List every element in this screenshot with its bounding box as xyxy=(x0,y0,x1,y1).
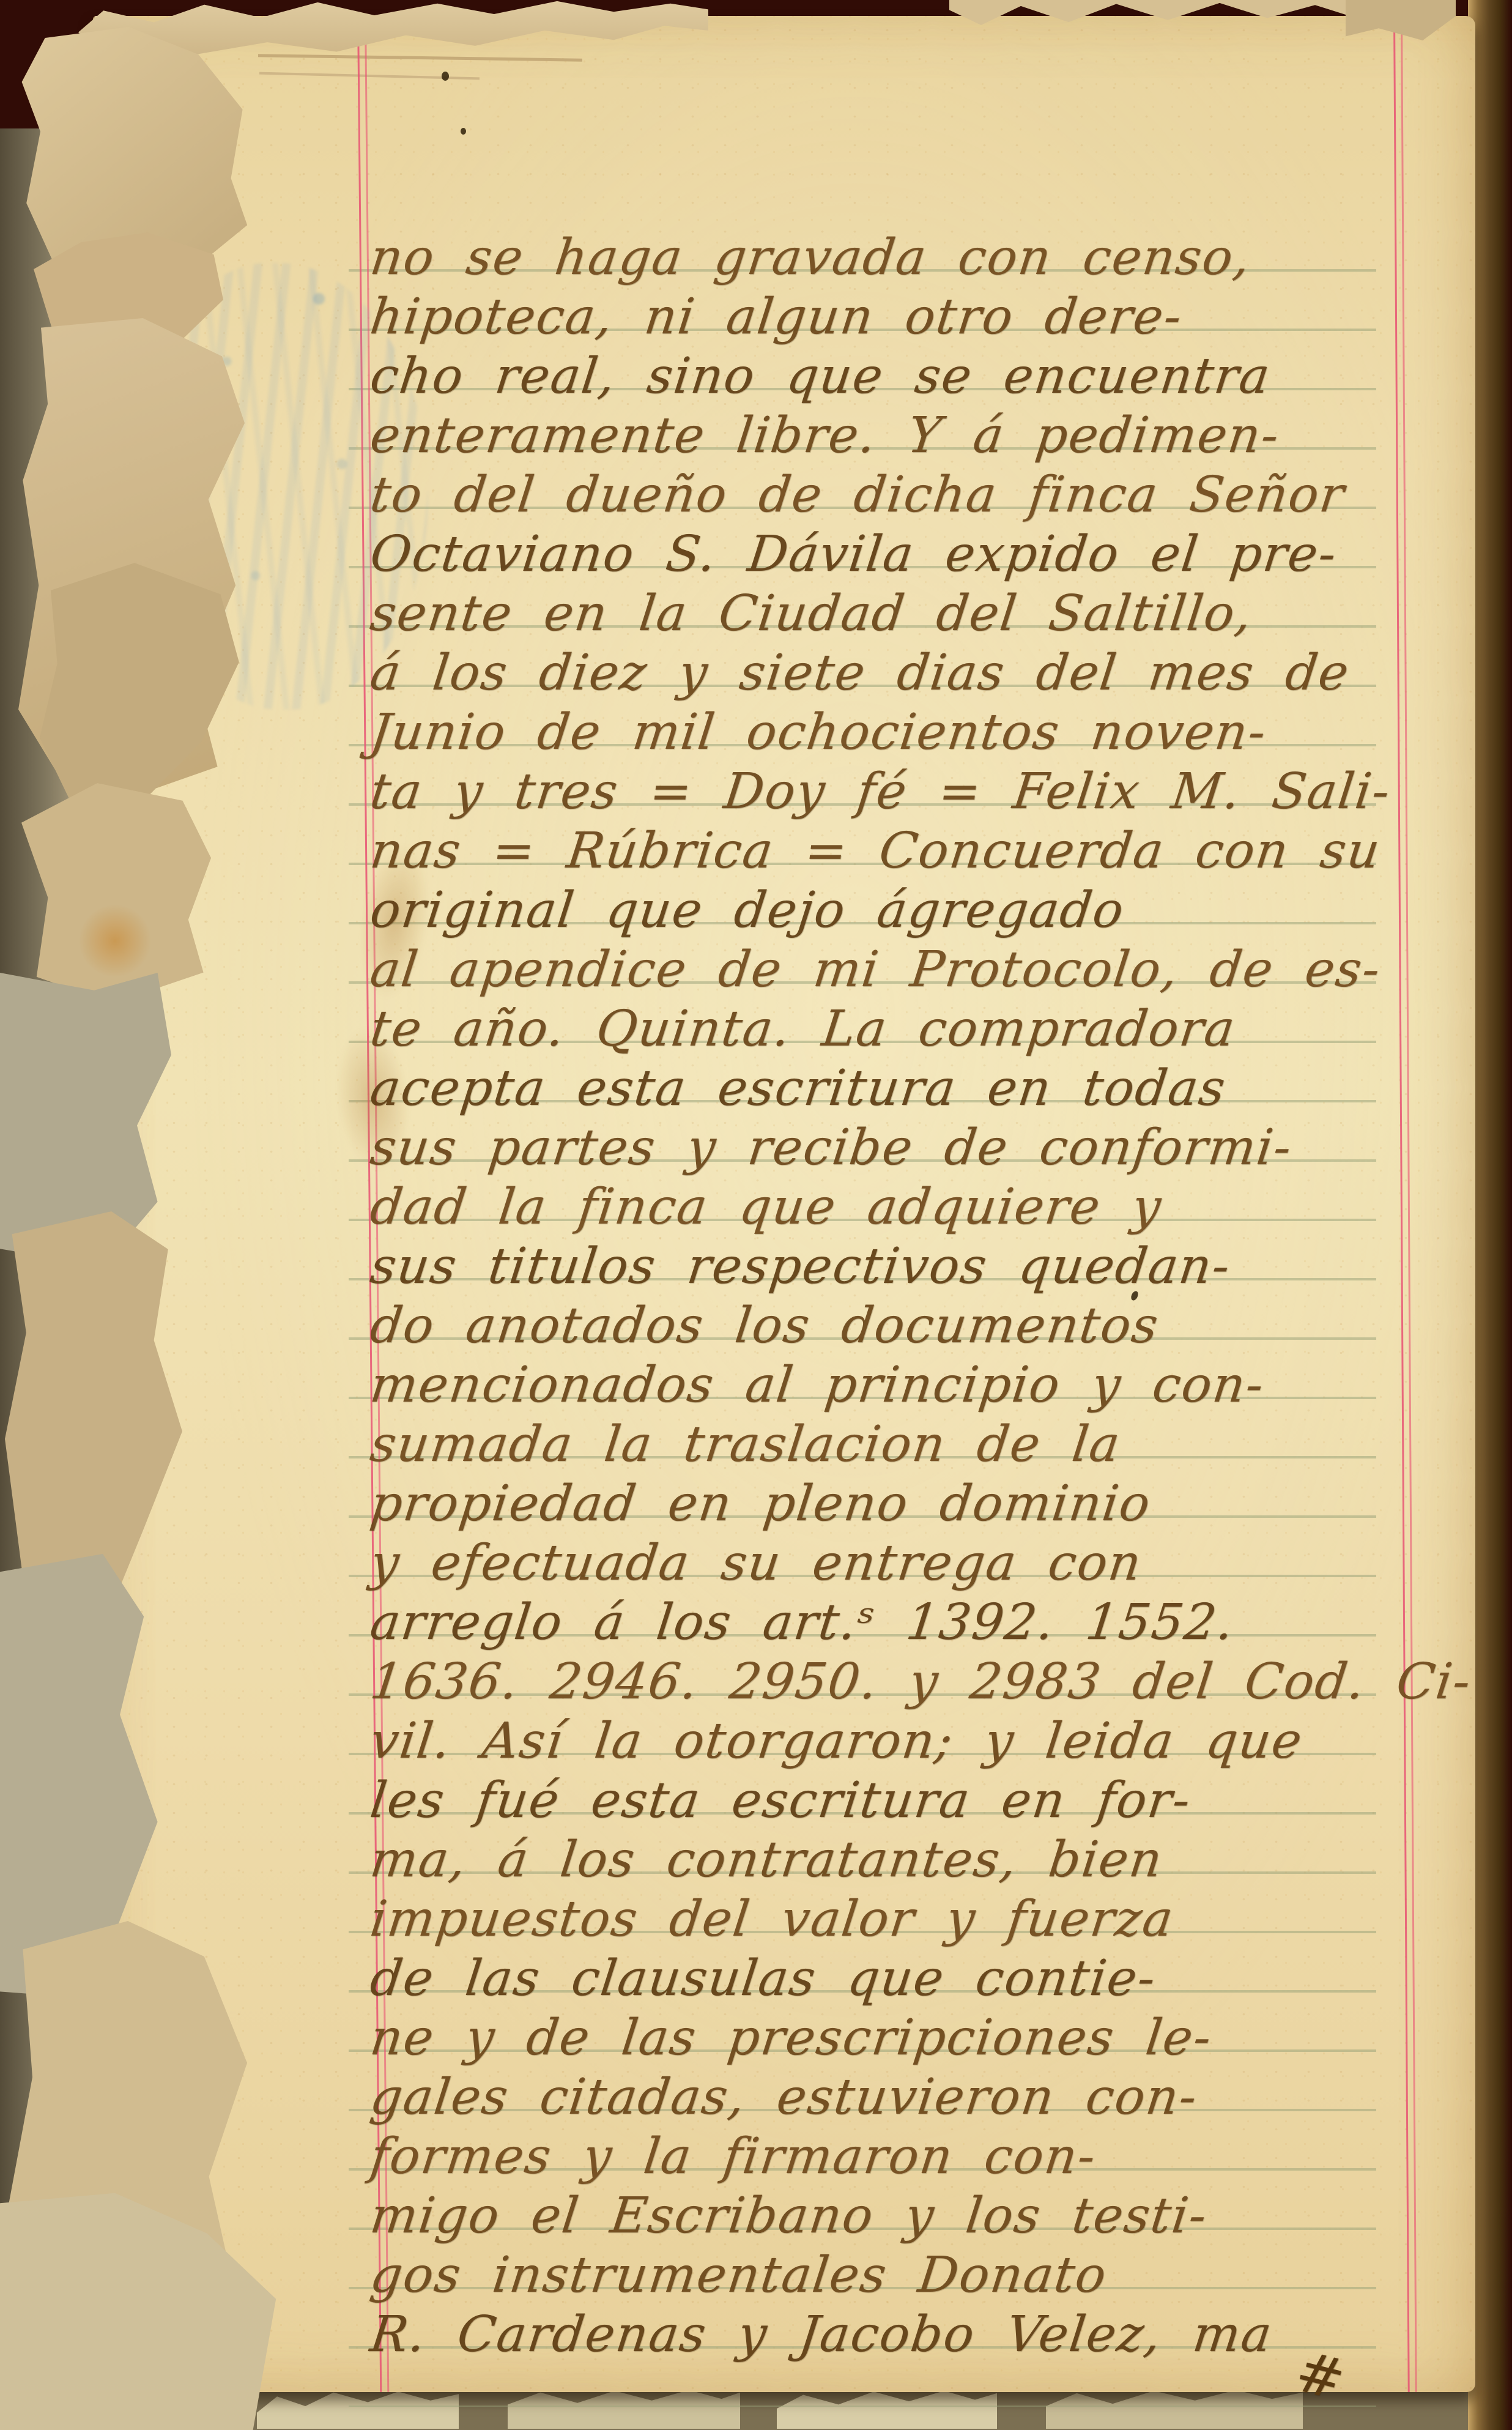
manuscript-line: hipoteca, ni algun otro dere- xyxy=(367,288,1414,347)
manuscript-line: les fué esta escritura en for- xyxy=(367,1771,1414,1830)
manuscript-line: original que dejo ágregado xyxy=(367,881,1414,940)
manuscript-line: do anotados los documentos xyxy=(367,1296,1414,1356)
manuscript-page: no se haga gravada con censo,hipoteca, n… xyxy=(93,16,1475,2392)
manuscript-line: á los diez y siete dias del mes de xyxy=(367,644,1414,703)
manuscript-line: vil. Así la otorgaron; y leida que xyxy=(367,1712,1414,1771)
manuscript-line: gales citadas, estuvieron con- xyxy=(367,2068,1414,2127)
manuscript-line: ma, á los contratantes, bien xyxy=(367,1830,1414,1890)
book-scan: no se haga gravada con censo,hipoteca, n… xyxy=(0,0,1512,2430)
manuscript-line: arreglo á los art.ˢ 1392. 1552. xyxy=(367,1593,1414,1652)
manuscript-line: impuestos del valor y fuerza xyxy=(367,1890,1414,1949)
manuscript-line: ne y de las prescripciones le- xyxy=(367,2008,1414,2068)
ink-speck xyxy=(442,72,449,81)
manuscript-line: sus titulos respectivos quedan- xyxy=(367,1237,1414,1296)
manuscript-line: migo el Escribano y los testi- xyxy=(367,2187,1414,2246)
manuscript-text: no se haga gravada con censo,hipoteca, n… xyxy=(367,228,1407,2365)
ink-speck xyxy=(461,128,466,135)
manuscript-line: gos instrumentales Donato xyxy=(367,2246,1414,2305)
manuscript-line: ta y tres = Doy fé = Felix M. Sali- xyxy=(367,762,1414,822)
manuscript-line: R. Cardenas y Jacobo Velez, ma xyxy=(367,2305,1414,2365)
manuscript-line: al apendice de mi Protocolo, de es- xyxy=(367,940,1414,1000)
manuscript-line: te año. Quinta. La compradora xyxy=(367,1000,1414,1059)
manuscript-line: sente en la Ciudad del Saltillo, xyxy=(367,584,1414,644)
manuscript-line: no se haga gravada con censo, xyxy=(367,228,1414,288)
manuscript-line: mencionados al principio y con- xyxy=(367,1356,1414,1415)
manuscript-line: Octaviano S. Dávila expido el pre- xyxy=(367,525,1414,584)
manuscript-line: de las clausulas que contie- xyxy=(367,1949,1414,2008)
manuscript-line: to del dueño de dicha finca Señor xyxy=(367,466,1414,525)
manuscript-line: sus partes y recibe de conformi- xyxy=(367,1118,1414,1178)
manuscript-line: y efectuada su entrega con xyxy=(367,1534,1414,1593)
manuscript-line: nas = Rúbrica = Concuerda con su xyxy=(367,822,1414,881)
manuscript-line: enteramente libre. Y á pedimen- xyxy=(367,406,1414,466)
manuscript-line: sumada la traslacion de la xyxy=(367,1415,1414,1474)
manuscript-line: formes y la firmaron con- xyxy=(367,2127,1414,2187)
manuscript-line: Junio de mil ochocientos noven- xyxy=(367,703,1414,762)
manuscript-line: propiedad en pleno dominio xyxy=(367,1474,1414,1534)
manuscript-line: 1636. 2946. 2950. y 2983 del Cod. Ci- xyxy=(367,1652,1414,1712)
manuscript-line: dad la finca que adquiere y xyxy=(367,1178,1414,1237)
manuscript-line: acepta esta escritura en todas xyxy=(367,1059,1414,1118)
torn-paper-fragment xyxy=(21,783,211,1003)
manuscript-line: cho real, sino que se encuentra xyxy=(367,347,1414,406)
